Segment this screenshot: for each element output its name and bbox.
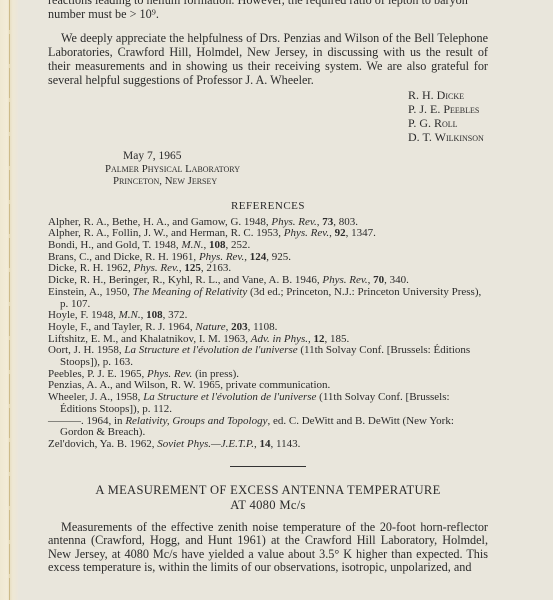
- section-divider: [230, 466, 306, 467]
- reference-entry: Oort, J. H. 1958, La Structure et l'évol…: [48, 345, 488, 368]
- author-signatures: R. H. Dicke P. J. E. Peebles P. G. Roll …: [408, 89, 488, 144]
- book-binding-edge: [0, 0, 18, 600]
- references-heading: REFERENCES: [48, 200, 488, 214]
- reference-entry: Zel'dovich, Ya. B. 1962, Soviet Phys.—J.…: [48, 439, 488, 451]
- author-name: P. G. Roll: [408, 117, 488, 131]
- article-title-line: AT 4080 Mc/s: [48, 498, 488, 513]
- references-list: Alpher, R. A., Bethe, H. A., and Gamow, …: [48, 217, 488, 451]
- author-name: R. H. Dicke: [408, 89, 488, 103]
- journal-page: reactions leading to helium formation. H…: [48, 0, 488, 575]
- submission-date: May 7, 1965: [123, 150, 488, 163]
- article-title-line: A MEASUREMENT OF EXCESS ANTENNA TEMPERAT…: [48, 483, 488, 498]
- abstract-paragraph: Measurements of the effective zenith noi…: [48, 521, 488, 575]
- date-affiliation-block: May 7, 1965 Palmer Physical Laboratory P…: [105, 150, 488, 188]
- author-name: P. J. E. Peebles: [408, 103, 488, 117]
- previous-paragraph-end: number must be > 10⁹.: [48, 8, 488, 22]
- reference-entry: ———. 1964, in Relativity, Groups and Top…: [48, 416, 488, 439]
- affiliation-lab: Palmer Physical Laboratory: [105, 163, 488, 176]
- article-title: A MEASUREMENT OF EXCESS ANTENNA TEMPERAT…: [48, 483, 488, 513]
- acknowledgment-paragraph: We deeply appreciate the helpfulness of …: [48, 32, 488, 87]
- reference-entry: Wheeler, J. A., 1958, La Structure et l'…: [48, 392, 488, 415]
- author-name: D. T. Wilkinson: [408, 131, 488, 145]
- affiliation-location: Princeton, New Jersey: [113, 175, 488, 188]
- reference-entry: Einstein, A., 1950, The Meaning of Relat…: [48, 287, 488, 310]
